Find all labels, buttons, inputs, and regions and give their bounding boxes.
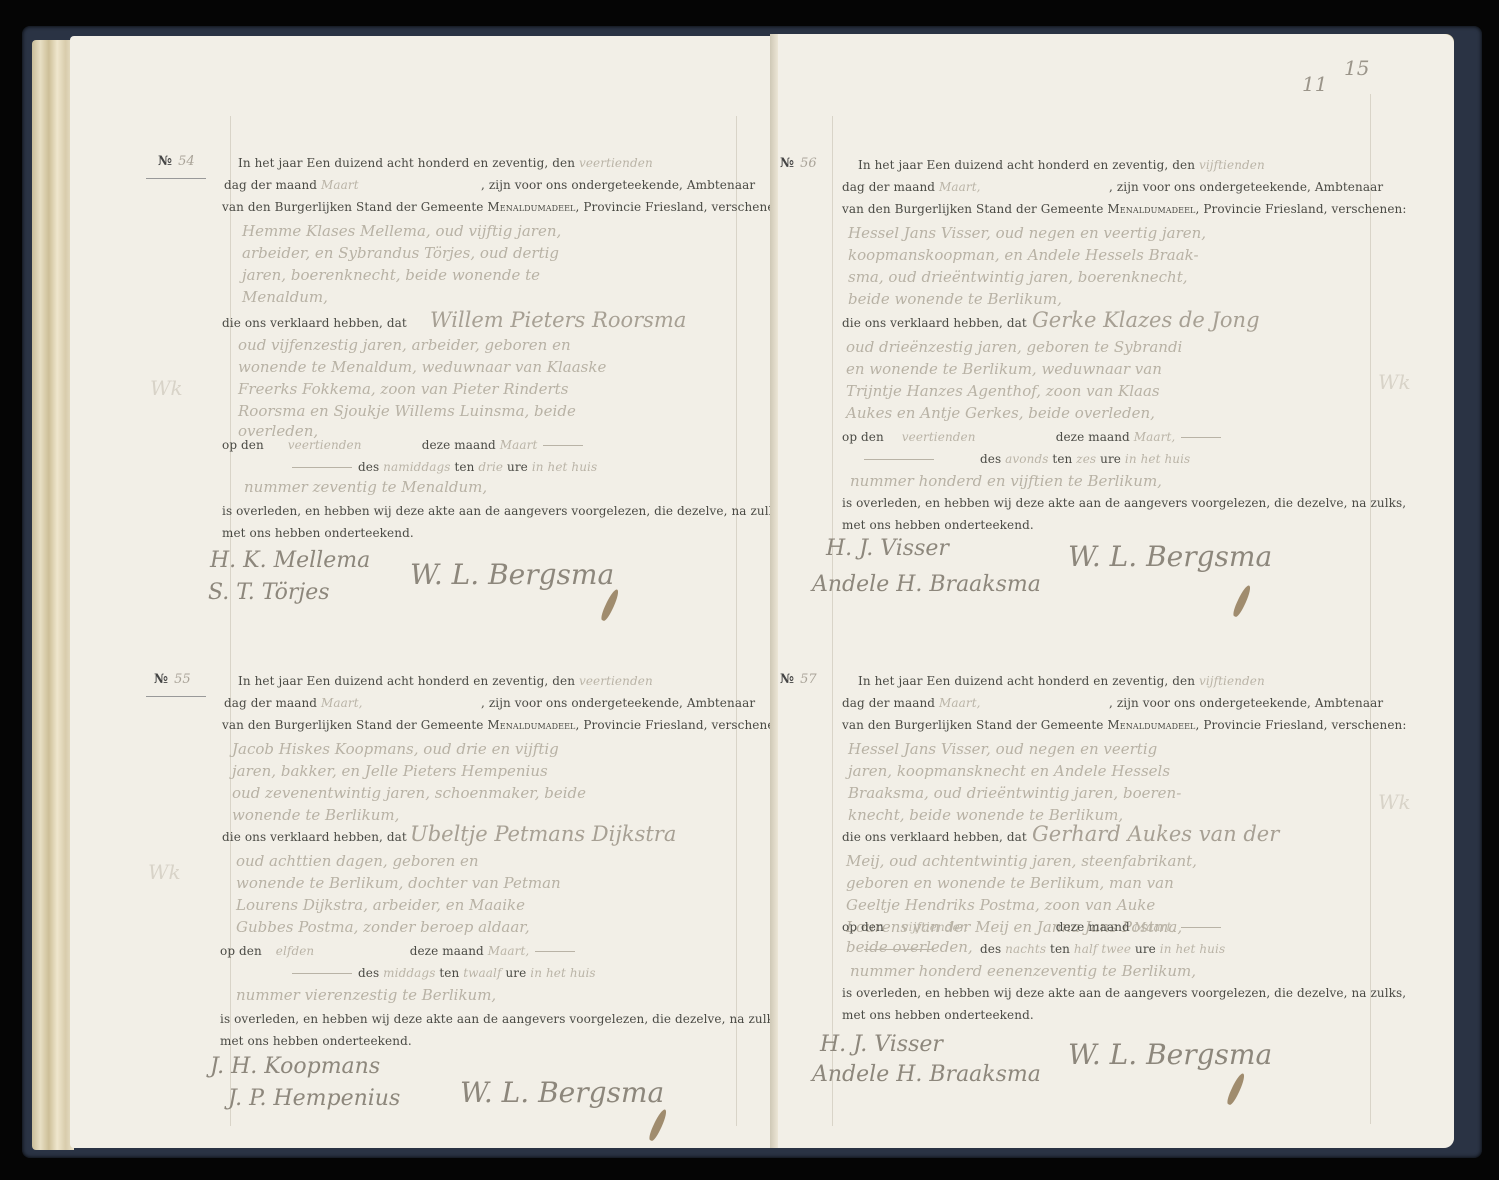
deceased-details-line: wonende te Menaldum, weduwnaar van Klaas…: [238, 358, 606, 376]
declarants-line: Hessel Jans Visser, oud negen en veertig…: [848, 224, 1206, 242]
printed-op-den: op den elfden deze maand Maart,: [220, 944, 581, 958]
death-place: nummer vierenzestig te Berlikum,: [236, 986, 496, 1004]
entry-number: №55: [154, 672, 191, 687]
printed-line-2: dag der maand Maart, zijn voor ons onder…: [224, 178, 755, 192]
printed-line-1: In het jaar Een duizend acht honderd en …: [858, 158, 1265, 172]
deceased-name: Gerke Klazes de Jong: [1032, 308, 1260, 332]
declarants-line: Menaldum,: [242, 288, 328, 306]
deceased-details-line: Aukes en Antje Gerkes, beide overleden,: [846, 404, 1155, 422]
deceased-details-line: wonende te Berlikum, dochter van Petman: [236, 874, 561, 892]
printed-line-2: dag der maand Maart,, zijn voor ons onde…: [842, 696, 1383, 710]
printed-declared: die ons verklaard hebben, dat: [222, 830, 407, 844]
deceased-details-line: Trijntje Hanzes Agenthof, zoon van Klaas: [846, 382, 1160, 400]
deceased-name: Ubeltje Petmans Dijkstra: [410, 822, 676, 846]
printed-des: des nachts ten half twee ure in het huis: [858, 942, 1225, 956]
deceased-name: Gerhard Aukes van der: [1032, 822, 1279, 846]
deceased-details-line: oud achttien dagen, geboren en: [236, 852, 479, 870]
declarants-line: sma, oud drieëntwintig jaren, boerenknec…: [848, 268, 1188, 286]
printed-closing-1: is overleden, en hebben wij deze akte aa…: [842, 986, 1406, 1000]
signature-declarant-1: J. H. Koopmans: [210, 1054, 380, 1079]
printed-line-3: van den Burgerlijken Stand der Gemeente …: [222, 718, 787, 732]
deceased-details-line: oud drieënzestig jaren, geboren te Sybra…: [846, 338, 1182, 356]
signature-official: W. L. Bergsma: [460, 1076, 664, 1109]
printed-declared: die ons verklaard hebben, dat: [842, 316, 1027, 330]
register-entry-55: №55 In het jaar Een duizend acht honderd…: [70, 530, 774, 1090]
margin-annotation: Wk: [1378, 370, 1411, 394]
printed-line-2: dag der maand Maart,, zijn voor ons onde…: [842, 180, 1383, 194]
declarants-line: Jacob Hiskes Koopmans, oud drie en vijft…: [232, 740, 559, 758]
printed-closing-1: is overleden, en hebben wij deze akte aa…: [222, 504, 786, 518]
declarants-line: wonende te Berlikum,: [232, 806, 399, 824]
deceased-details-line: Gubbes Postma, zonder beroep aldaar,: [236, 918, 530, 936]
deceased-details-line: Freerks Fokkema, zoon van Pieter Rindert…: [238, 380, 568, 398]
deceased-name: Willem Pieters Roorsma: [430, 308, 686, 332]
printed-closing-2: met ons hebben onderteekend.: [220, 1034, 412, 1048]
death-place: nummer honderd en vijftien te Berlikum,: [850, 472, 1162, 490]
entry-number: №57: [780, 672, 817, 687]
printed-op-den: op den veertienden deze maand Maart: [222, 438, 589, 452]
entry-number: №56: [780, 156, 817, 171]
declarants-line: arbeider, en Sybrandus Törjes, oud derti…: [242, 244, 559, 262]
printed-closing-1: is overleden, en hebben wij deze akte aa…: [220, 1012, 784, 1026]
death-place: nummer zeventig te Menaldum,: [244, 478, 487, 496]
register-entry-54: №54 In het jaar Een duizend acht honderd…: [70, 36, 774, 596]
printed-des: des middags ten twaalf ure in het huis: [286, 966, 596, 980]
margin-annotation: Wk: [150, 376, 183, 400]
declarants-line: Hessel Jans Visser, oud negen en veertig: [848, 740, 1157, 758]
printed-line-2: dag der maand Maart,, zijn voor ons onde…: [224, 696, 755, 710]
printed-closing-2: met ons hebben onderteekend.: [842, 1008, 1034, 1022]
declarants-line: Braaksma, oud drieëntwintig jaren, boere…: [848, 784, 1181, 802]
deceased-details-line: en wonende te Berlikum, weduwnaar van: [846, 360, 1162, 378]
declarants-line: jaren, bakker, en Jelle Pieters Hempeniu…: [232, 762, 548, 780]
printed-line-3: van den Burgerlijken Stand der Gemeente …: [842, 202, 1407, 216]
declarants-line: Hemme Klases Mellema, oud vijftig jaren,: [242, 222, 561, 240]
right-page: 11 15 №56 In het jaar Een duizend acht h…: [778, 34, 1454, 1148]
ink-blot: [647, 1108, 669, 1142]
left-page: №54 In het jaar Een duizend acht honderd…: [70, 36, 774, 1148]
printed-closing-1: is overleden, en hebben wij deze akte aa…: [842, 496, 1406, 510]
deceased-details-line: Geeltje Hendriks Postma, zoon van Auke: [846, 896, 1155, 914]
printed-op-den: op den veertienden deze maand Maart,: [842, 430, 1227, 444]
declarants-line: beide wonende te Berlikum,: [848, 290, 1062, 308]
ink-blot: [1225, 1072, 1247, 1106]
margin-annotation: Wk: [1378, 790, 1411, 814]
entry-number: №54: [158, 154, 195, 169]
printed-line-3: van den Burgerlijken Stand der Gemeente …: [222, 200, 787, 214]
deceased-details-line: oud vijfenzestig jaren, arbeider, gebore…: [238, 336, 571, 354]
deceased-details-line: geboren en wonende te Berlikum, man van: [846, 874, 1174, 892]
signature-declarant-1: H. J. Visser: [820, 1032, 943, 1057]
declarants-line: jaren, koopmansknecht en Andele Hessels: [848, 762, 1170, 780]
declarants-line: koopmanskoopman, en Andele Hessels Braak…: [848, 246, 1199, 264]
printed-closing-2: met ons hebben onderteekend.: [842, 518, 1034, 532]
printed-op-den: op den vijftienden deze maand Maart,: [842, 920, 1227, 934]
page-edges-left: [32, 40, 74, 1150]
margin-annotation: Wk: [148, 860, 181, 884]
register-entry-57: №57 In het jaar Een duizend acht honderd…: [778, 534, 1454, 1094]
signature-official: W. L. Bergsma: [1068, 1038, 1272, 1071]
declarants-line: oud zevenentwintig jaren, schoenmaker, b…: [232, 784, 586, 802]
printed-line-1: In het jaar Een duizend acht honderd en …: [858, 674, 1265, 688]
printed-des: des namiddags ten drie ure in het huis: [286, 460, 597, 474]
number-underline: [146, 178, 206, 179]
deceased-details-line: Lourens Dijkstra, arbeider, en Maaike: [236, 896, 525, 914]
register-entry-56: №56 In het jaar Een duizend acht honderd…: [778, 34, 1454, 594]
printed-line-3: van den Burgerlijken Stand der Gemeente …: [842, 718, 1407, 732]
printed-des: des avonds ten zes ure in het huis: [858, 452, 1190, 466]
deceased-details-line: Meij, oud achtentwintig jaren, steenfabr…: [846, 852, 1197, 870]
printed-declared: die ons verklaard hebben, dat: [222, 316, 407, 330]
declarants-line: jaren, boerenknecht, beide wonende te: [242, 266, 540, 284]
printed-line-1: In het jaar Een duizend acht honderd en …: [238, 674, 653, 688]
printed-line-1: In het jaar Een duizend acht honderd en …: [238, 156, 653, 170]
signature-declarant-2: Andele H. Braaksma: [812, 1062, 1041, 1087]
signature-declarant-2: J. P. Hempenius: [228, 1086, 400, 1111]
printed-declared: die ons verklaard hebben, dat: [842, 830, 1027, 844]
number-underline: [146, 696, 206, 697]
death-place: nummer honderd eenenzeventig te Berlikum…: [850, 962, 1196, 980]
deceased-details-line: Roorsma en Sjoukje Willems Luinsma, beid…: [238, 402, 576, 420]
